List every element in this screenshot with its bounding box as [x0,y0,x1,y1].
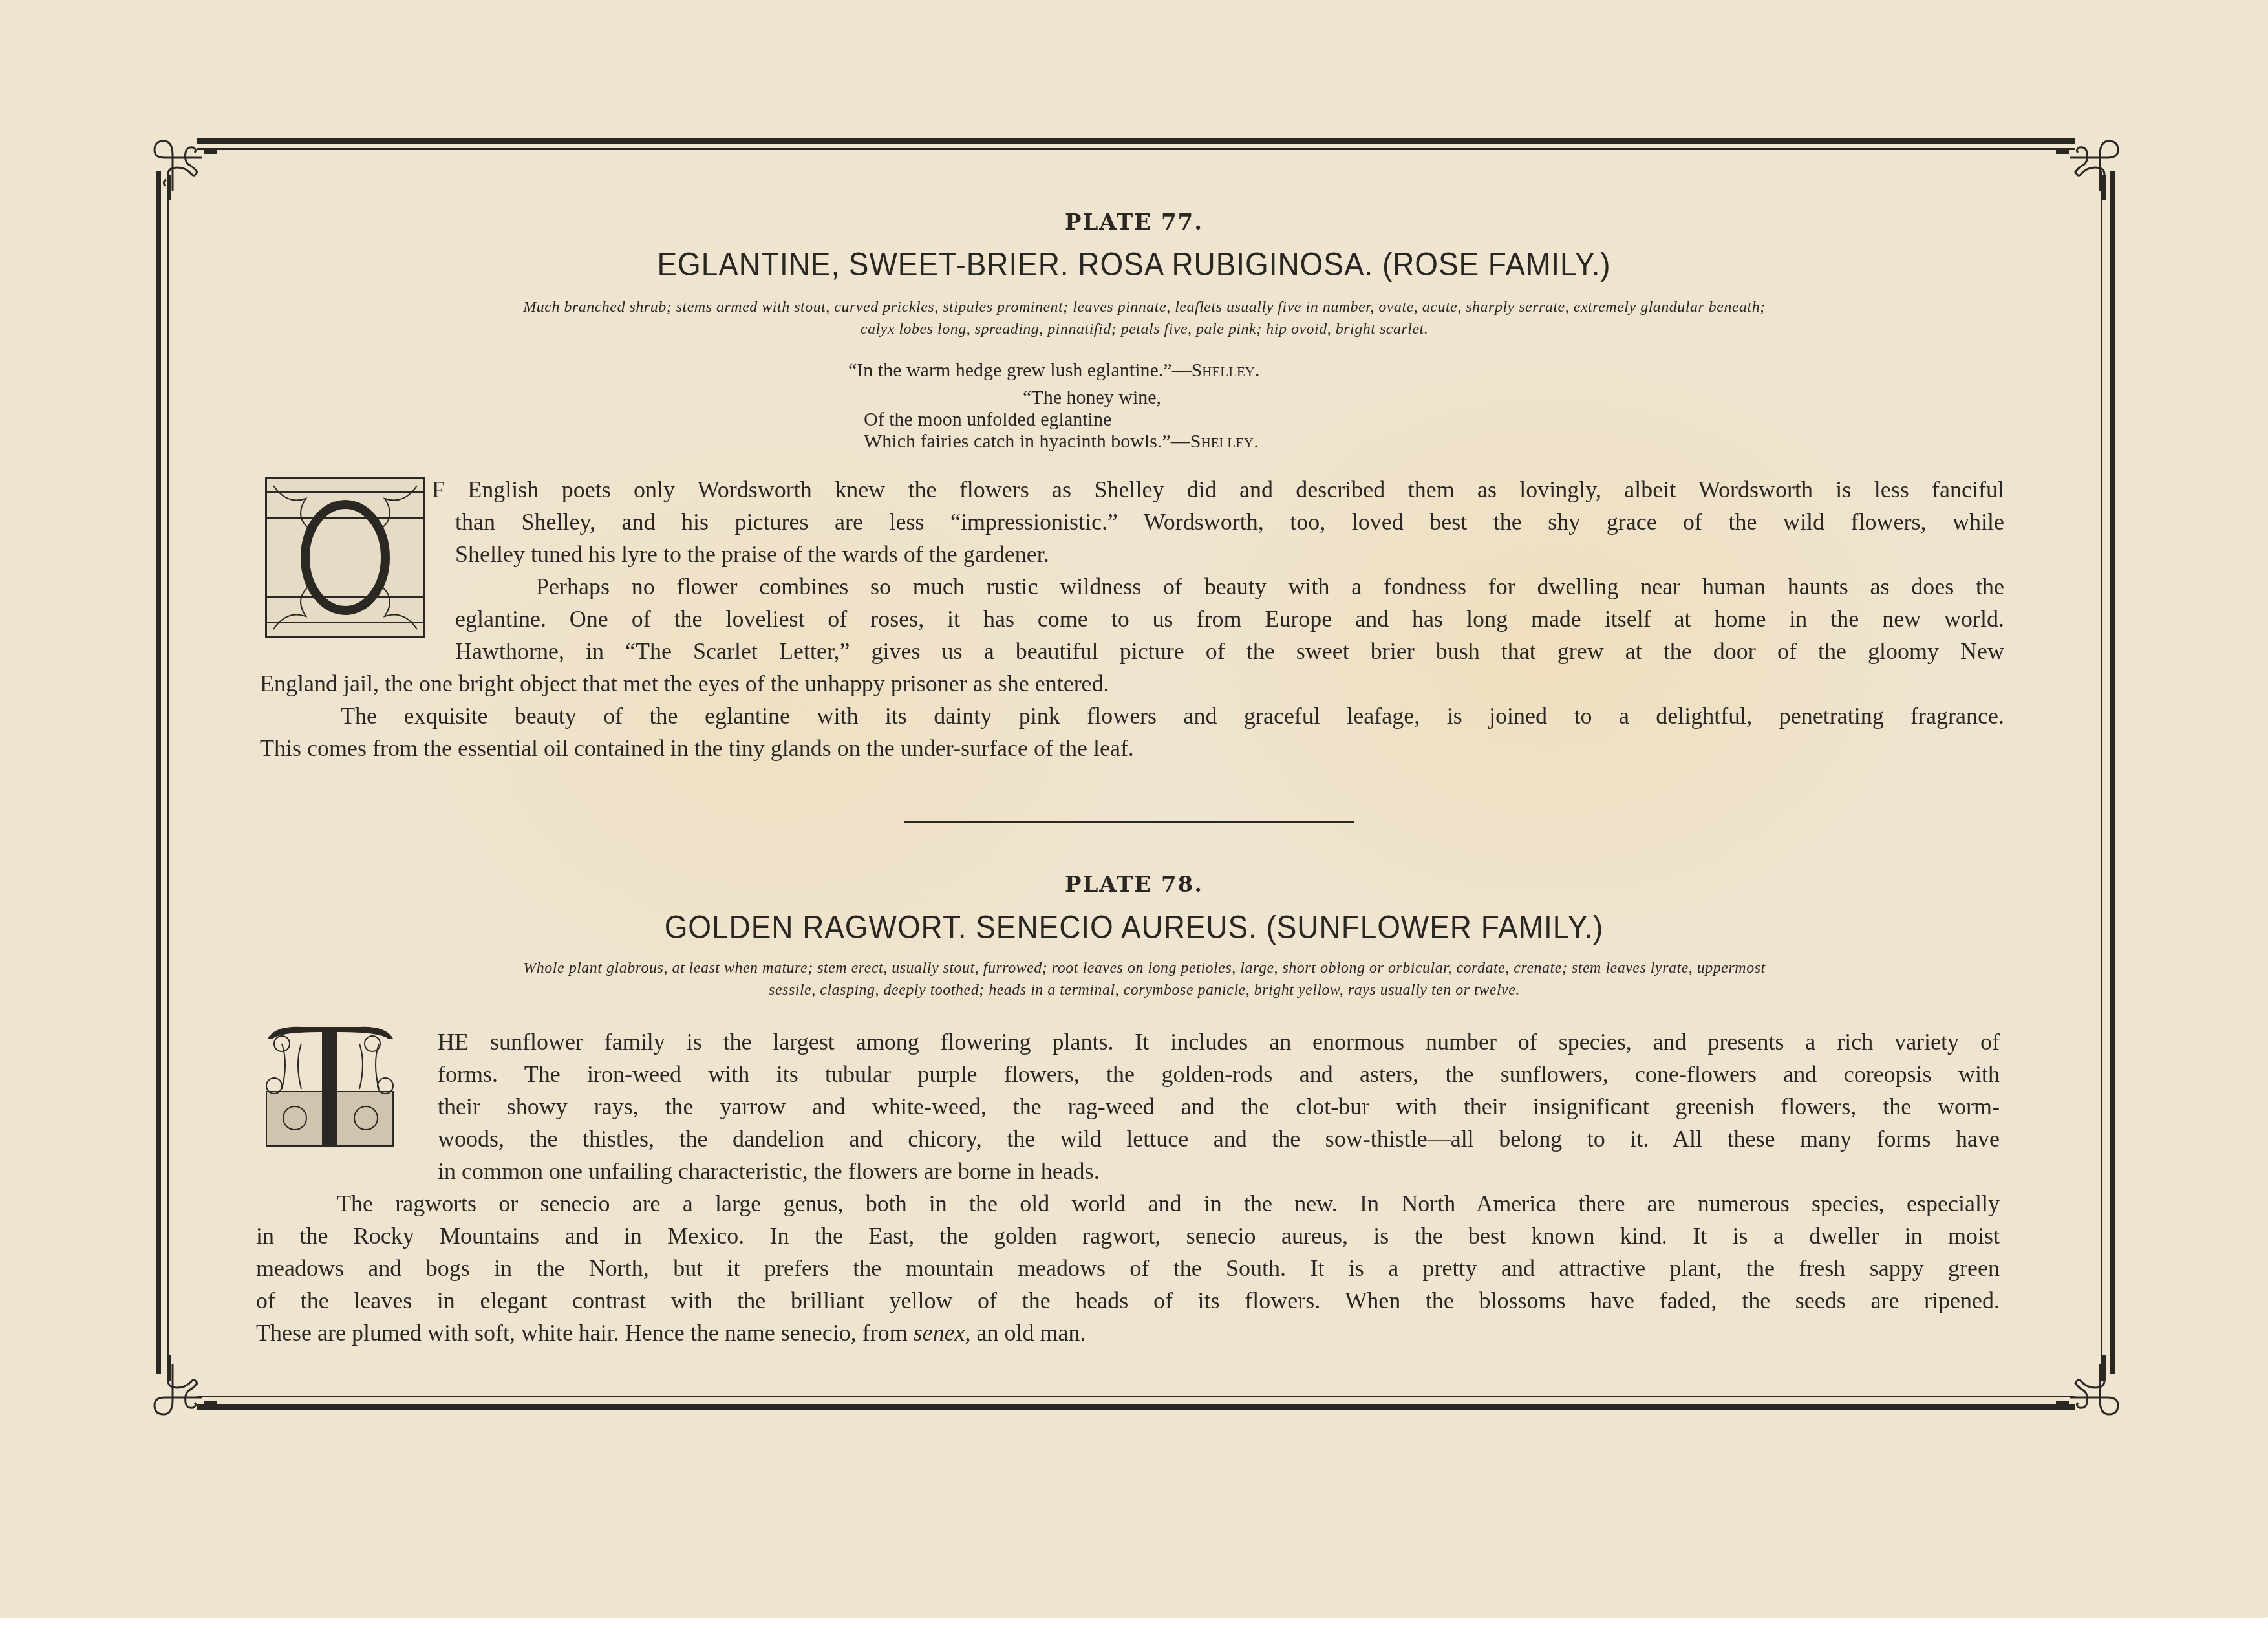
plate-number: PLATE 77. [0,210,2268,235]
quote-attribution: Shelley. [1192,360,1260,381]
text-line: eglantine. One of the loveliest of roses… [455,603,2004,635]
frame-rule-top-thick [197,138,2075,144]
frame-rule-left-thick [156,171,161,1374]
quote-attribution: Shelley. [1190,431,1259,452]
text-line: of the leaves in elegant contrast with t… [256,1284,2000,1317]
body-paragraph: The ragworts or senecio are a large genu… [256,1187,2000,1349]
description-line: Whole plant glabrous, at least when matu… [284,957,2004,979]
text-line: Shelley tuned his lyre to the praise of … [455,538,2004,570]
text-line: These are plumed with soft, white hair. … [256,1317,2000,1349]
quote-line: Of the moon unfolded eglantine [864,409,1259,431]
frame-rule-bottom-thin [197,1396,2075,1397]
quote-line: “The honey wine, [864,387,1259,409]
text-line: meadows and bogs in the North, but it pr… [256,1252,2000,1284]
plate-title: EGLANTINE, SWEET-BRIER. ROSA RUBIGINOSA.… [91,246,2177,283]
body-paragraph: England jail, the one bright object that… [260,667,2004,764]
text-line: This comes from the essential oil contai… [260,732,2004,764]
frame-rule-right-thin [2101,171,2102,1374]
plate-title: GOLDEN RAGWORT. SENECIO AUREUS. (SUNFLOW… [91,909,2177,946]
text-line: forms. The iron-weed with its tubular pu… [438,1058,2000,1090]
text-line: The ragworts or senecio are a large genu… [337,1187,2000,1220]
frame-rule-right-thick [2110,171,2115,1374]
text-line: their showy rays, the yarrow and white-w… [438,1090,2000,1123]
ornamental-dropcap-t [262,1024,397,1147]
text-line: Perhaps no flower combines so much rusti… [536,570,2004,603]
frame-rule-top-thin [197,148,2075,150]
text-line: England jail, the one bright object that… [260,667,2004,700]
description-line: calyx lobes long, spreading, pinnatifid;… [284,318,2004,340]
corner-flourish-icon [2056,1355,2127,1426]
botanical-description: Whole plant glabrous, at least when matu… [284,957,2004,1001]
text-fragment: These are plumed with soft, white hair. … [256,1320,914,1346]
text-line: F English poets only Wordsworth knew the… [432,473,2004,506]
text-line: in common one unfailing characteristic, … [438,1155,2000,1187]
corner-flourish-icon [145,129,217,200]
latin-term: senex [914,1320,965,1346]
quote-line: Which fairies catch in hyacinth bowls.”— [864,431,1190,452]
section-divider [904,821,1354,823]
plate-number: PLATE 78. [0,872,2268,898]
frame-rule-left-thin [167,171,169,1374]
epigraph-quote-1: “In the warm hedge grew lush eglantine.”… [848,360,1259,382]
botanical-description: Much branched shrub; stems armed with st… [284,296,2004,340]
text-line: HE sunflower family is the largest among… [438,1026,2000,1058]
text-fragment: , an old man. [965,1320,1086,1346]
page-paper: PLATE 77. EGLANTINE, SWEET-BRIER. ROSA R… [0,0,2268,1618]
text-line: Hawthorne, in “The Scarlet Letter,” give… [455,635,2004,667]
body-paragraph: HE sunflower family is the largest among… [399,1026,2000,1187]
description-line: Much branched shrub; stems armed with st… [284,296,2004,318]
description-line: sessile, clasping, deeply toothed; heads… [284,979,2004,1001]
corner-flourish-icon [2056,129,2127,200]
text-line: than Shelley, and his pictures are less … [455,506,2004,538]
body-paragraph: F English poets only Wordsworth knew the… [432,473,2004,667]
corner-flourish-icon [145,1355,217,1426]
text-line: in the Rocky Mountains and in Mexico. In… [256,1220,2000,1252]
text-line: The exquisite beauty of the eglantine wi… [341,700,2004,732]
frame-rule-bottom-thick [197,1404,2075,1410]
quote-text: “In the warm hedge grew lush eglantine.”… [848,360,1192,381]
ornamental-dropcap-o [265,477,425,638]
epigraph-quote-2: “The honey wine, Of the moon unfolded eg… [864,387,1259,453]
text-line: woods, the thistles, the dandelion and c… [438,1123,2000,1155]
